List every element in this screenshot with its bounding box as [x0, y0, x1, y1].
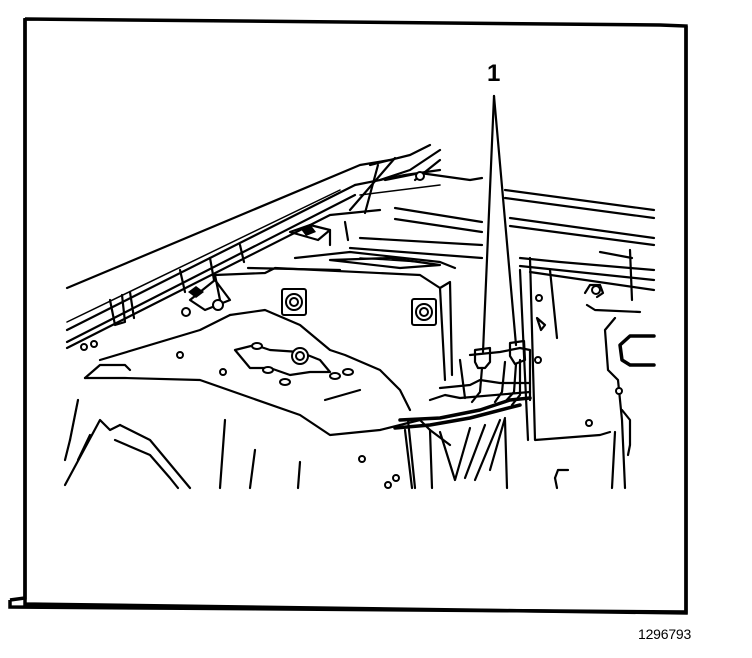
harness-tray [395, 341, 530, 488]
upper-body-lines [350, 150, 654, 290]
engine-compartment-drawing [0, 0, 752, 658]
wheel-arch [65, 400, 190, 488]
illustration-frame [10, 19, 686, 612]
figure-number: 1296793 [638, 627, 691, 641]
battery-box [215, 252, 455, 380]
right-body-bracket [520, 250, 654, 488]
hood-edge-lines [67, 145, 440, 350]
strut-tower [85, 310, 450, 488]
technical-illustration: 1 1296793 [0, 0, 752, 658]
callout-1-leaders [483, 96, 516, 352]
callout-label-1: 1 [487, 62, 500, 86]
